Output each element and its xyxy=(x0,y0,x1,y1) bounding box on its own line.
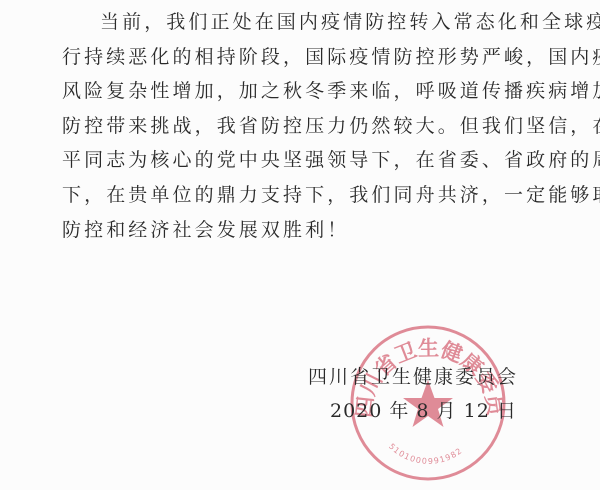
signing-organization: 四川省卫生健康委员会 xyxy=(308,360,518,394)
paragraph-line: 防控带来挑战，我省防控压力仍然较大。但我们坚信，在以习近 xyxy=(62,109,562,144)
signature-block: 四川省卫生健康委员会 2020 年 8 月 12 日 xyxy=(308,360,518,428)
signing-date: 2020 年 8 月 12 日 xyxy=(308,394,518,428)
paragraph-line: 行持续恶化的相持阶段，国际疫情防控形势严峻，国内疫情反弹 xyxy=(62,40,562,75)
paragraph-line: 防控和经济社会发展双胜利！ xyxy=(62,213,562,248)
paragraph-line: 下，在贵单位的鼎力支持下，我们同舟共济，一定能够取得疫情 xyxy=(62,178,562,213)
paragraph-line: 平同志为核心的党中央坚强领导下，在省委、省政府的周密部署 xyxy=(62,143,562,178)
paragraph-line: 当前，我们正处在国内疫情防控转入常态化和全球疫情大流 xyxy=(62,5,562,40)
seal-code: 5101000991982 xyxy=(387,442,464,466)
letter-body: 当前，我们正处在国内疫情防控转入常态化和全球疫情大流 行持续恶化的相持阶段，国际… xyxy=(62,5,562,247)
document-page: 当前，我们正处在国内疫情防控转入常态化和全球疫情大流 行持续恶化的相持阶段，国际… xyxy=(0,0,600,490)
paragraph-line: 风险复杂性增加，加之秋冬季来临，呼吸道传播疾病增加对疫情 xyxy=(62,74,562,109)
